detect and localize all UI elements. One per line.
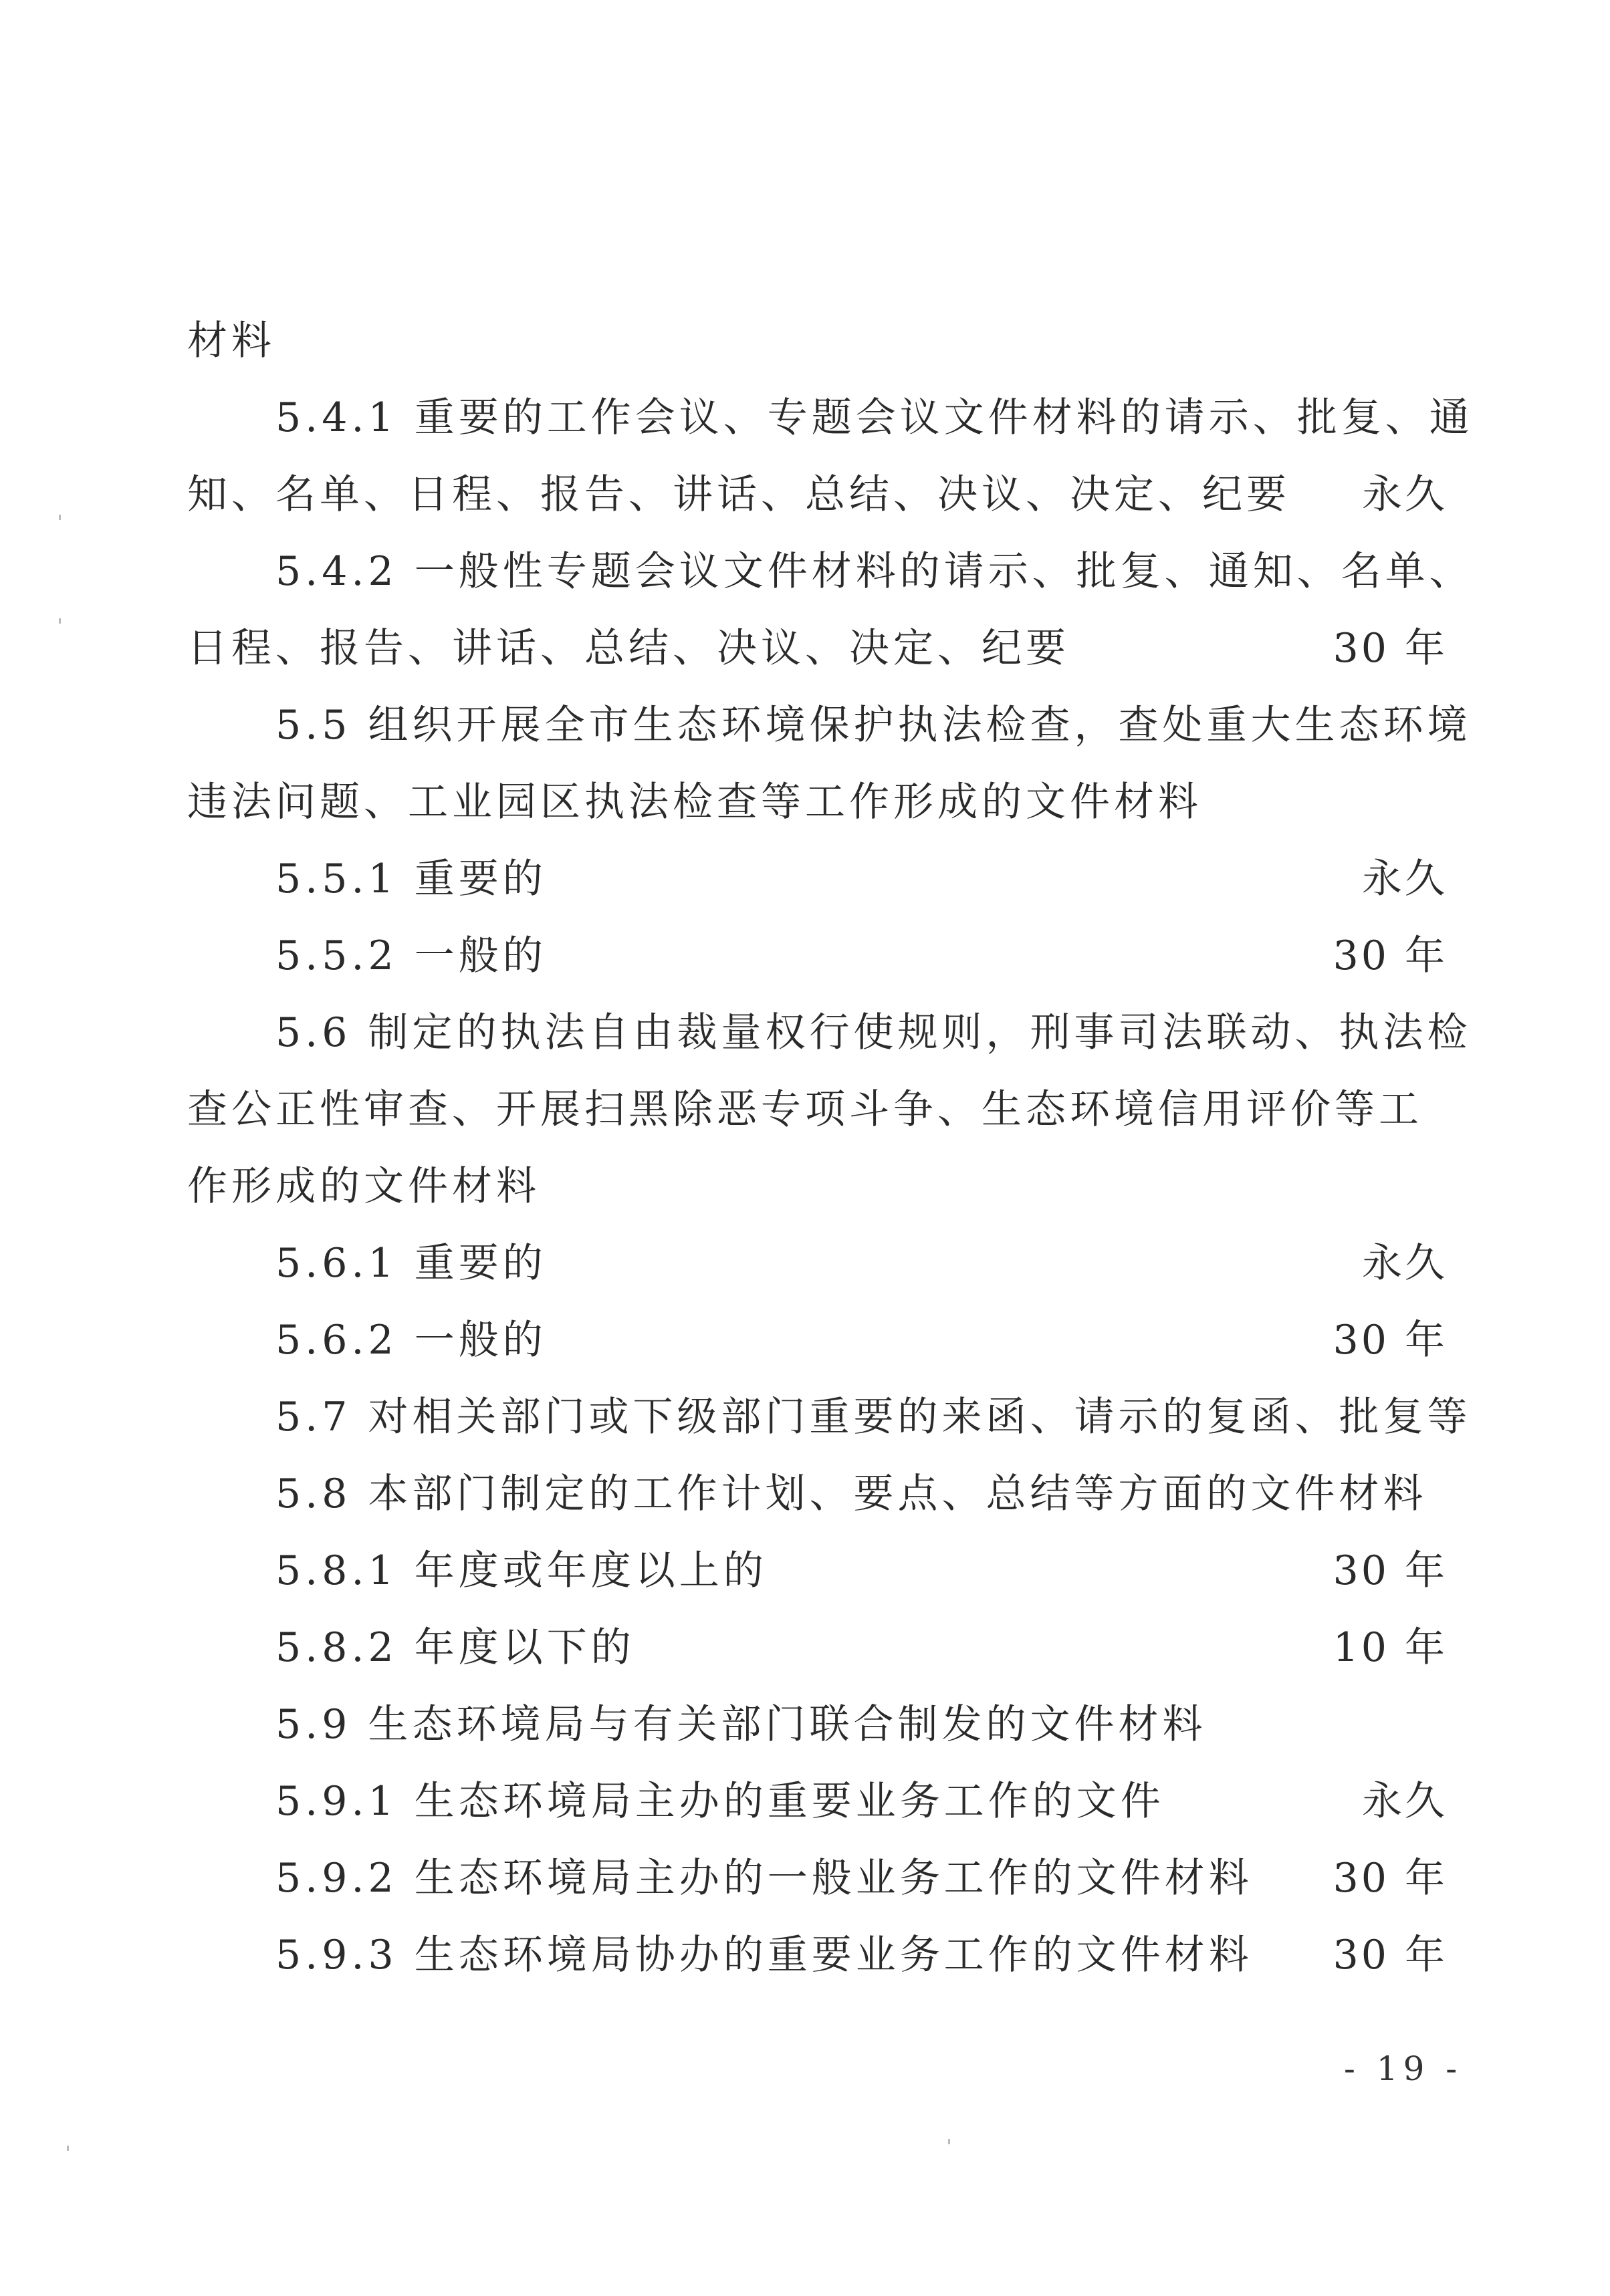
retention-term: 永久 [1362, 1233, 1448, 1293]
line-text: 5.9 生态环境局与有关部门联合制发的文件材料 [275, 1694, 1207, 1755]
scan-speck [948, 2139, 950, 2144]
retention-term: 30 年 [1333, 1848, 1448, 1908]
retention-item-5-9-3: 5.9.3 生态环境局协办的重要业务工作的文件材料 30 年 [275, 1925, 1448, 1985]
line-text: 5.9.2 生态环境局主办的一般业务工作的文件材料 [275, 1848, 1253, 1908]
scan-speck [67, 2146, 69, 2151]
retention-term: 30 年 [1333, 926, 1448, 986]
line-text: 5.4.2 一般性专题会议文件材料的请示、批复、通知、名单、 [275, 541, 1474, 602]
retention-item-5-6-2: 5.6.2 一般的 30 年 [275, 1310, 1448, 1370]
line-text: 违法问题、工业园区执法检查等工作形成的文件材料 [187, 772, 1202, 832]
retention-item-5-7: 5.7 对相关部门或下级部门重要的来函、请示的复函、批复等 [275, 1387, 1448, 1447]
text-line: 日程、报告、讲话、总结、决议、决定、纪要 30 年 [187, 618, 1448, 678]
retention-item-5-5-2: 5.5.2 一般的 30 年 [275, 926, 1448, 986]
retention-term: 永久 [1362, 849, 1448, 909]
retention-item-5-4-1: 5.4.1 重要的工作会议、专题会议文件材料的请示、批复、通 [275, 388, 1448, 448]
line-text: 5.5.1 重要的 [275, 849, 547, 909]
retention-term: 永久 [1362, 465, 1448, 525]
retention-term: 30 年 [1333, 618, 1448, 678]
retention-term: 10 年 [1333, 1618, 1448, 1678]
line-text: 5.7 对相关部门或下级部门重要的来函、请示的复函、批复等 [275, 1387, 1472, 1447]
line-text: 5.8 本部门制定的工作计划、要点、总结等方面的文件材料 [275, 1464, 1427, 1524]
line-text: 知、名单、日程、报告、讲话、总结、决议、决定、纪要 [187, 465, 1290, 525]
retention-term: 30 年 [1333, 1541, 1448, 1601]
line-text: 5.6 制定的执法自由裁量权行使规则，刑事司法联动、执法检 [275, 1003, 1472, 1063]
retention-item-5-9-2: 5.9.2 生态环境局主办的一般业务工作的文件材料 30 年 [275, 1848, 1448, 1908]
line-text: 5.6.1 重要的 [275, 1233, 547, 1293]
retention-item-5-5: 5.5 组织开展全市生态环境保护执法检查，查处重大生态环境 [275, 695, 1448, 755]
line-text: 5.5 组织开展全市生态环境保护执法检查，查处重大生态环境 [275, 695, 1472, 755]
line-text: 5.9.3 生态环境局协办的重要业务工作的文件材料 [275, 1925, 1253, 1985]
retention-term: 永久 [1362, 1771, 1448, 1831]
line-text: 材料 [187, 311, 275, 371]
line-text: 5.9.1 生态环境局主办的重要业务工作的文件 [275, 1771, 1165, 1831]
line-text: 5.5.2 一般的 [275, 926, 547, 986]
retention-item-5-8-2: 5.8.2 年度以下的 10 年 [275, 1618, 1448, 1678]
line-text: 5.6.2 一般的 [275, 1310, 547, 1370]
retention-item-5-6-1: 5.6.1 重要的 永久 [275, 1233, 1448, 1293]
retention-item-5-8-1: 5.8.1 年度或年度以上的 30 年 [275, 1541, 1448, 1601]
retention-item-5-6: 5.6 制定的执法自由裁量权行使规则，刑事司法联动、执法检 [275, 1003, 1448, 1063]
retention-term: 30 年 [1333, 1925, 1448, 1985]
line-text: 查公正性审查、开展扫黑除恶专项斗争、生态环境信用评价等工 [187, 1079, 1423, 1140]
text-line: 违法问题、工业园区执法检查等工作形成的文件材料 [187, 772, 1448, 832]
retention-item-5-9: 5.9 生态环境局与有关部门联合制发的文件材料 [275, 1694, 1448, 1755]
retention-item-5-8: 5.8 本部门制定的工作计划、要点、总结等方面的文件材料 [275, 1464, 1448, 1524]
page-number: - 19 - [1344, 2045, 1462, 2092]
line-text: 日程、报告、讲话、总结、决议、决定、纪要 [187, 618, 1070, 678]
line-text: 作形成的文件材料 [187, 1156, 540, 1217]
text-line: 知、名单、日程、报告、讲话、总结、决议、决定、纪要 永久 [187, 465, 1448, 525]
line-text: 5.8.2 年度以下的 [275, 1618, 635, 1678]
retention-item-5-9-1: 5.9.1 生态环境局主办的重要业务工作的文件 永久 [275, 1771, 1448, 1831]
line-text: 5.4.1 重要的工作会议、专题会议文件材料的请示、批复、通 [275, 388, 1474, 448]
scan-speck [59, 515, 61, 520]
retention-term: 30 年 [1333, 1310, 1448, 1370]
document-page: 材料 5.4.1 重要的工作会议、专题会议文件材料的请示、批复、通 知、名单、日… [0, 0, 1610, 2296]
text-line: 查公正性审查、开展扫黑除恶专项斗争、生态环境信用评价等工 [187, 1079, 1448, 1140]
retention-item-5-5-1: 5.5.1 重要的 永久 [275, 849, 1448, 909]
scan-speck [59, 618, 61, 624]
line-text: 5.8.1 年度或年度以上的 [275, 1541, 768, 1601]
text-line: 作形成的文件材料 [187, 1156, 1448, 1217]
text-line: 材料 [187, 311, 1448, 371]
retention-item-5-4-2: 5.4.2 一般性专题会议文件材料的请示、批复、通知、名单、 [275, 541, 1448, 602]
